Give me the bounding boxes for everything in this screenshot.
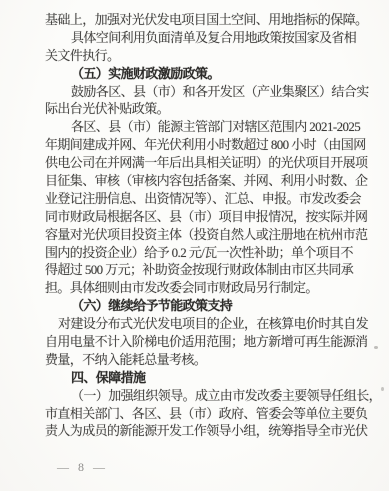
text-line: 四、保障措施: [45, 369, 357, 387]
text-line: 年期间建成并网、年光伏利用小时数超过 800 小时（由国网: [45, 136, 357, 154]
text-line: （五）实施财政激励政策。: [45, 65, 357, 83]
scan-artifact: [381, 387, 384, 391]
text-line: 同市财政局根据各区、县（市）项目申报情况，按实际并网: [45, 208, 357, 226]
text-line: 各区、县（市）能源主管部门对辖区范围内 2021-2025: [45, 118, 357, 136]
text-line: 得超过 500 万元；补助资金按现行财政体制由市区共同承: [45, 261, 357, 279]
text-line: 目征集、审核（审核内容包括备案、并网、利用小时数、企: [45, 172, 357, 190]
text-line: 具体空间利用负面清单及复合用地政策按国家及省相: [45, 29, 357, 47]
text-line: 对建设分布式光伏发电项目的企业，在核算电价时其自发: [45, 315, 357, 333]
text-line: 鼓励各区、县（市）和各开发区（产业集聚区）结合实: [45, 83, 357, 101]
text-line: 围内的投资企业）给予 0.2 元/瓦一次性补助；单个项目不: [45, 244, 357, 262]
text-line: 基础上，加强对光伏发电项目国土空间、用地指标的保障。: [45, 11, 357, 29]
page-number: — 8 —: [57, 460, 108, 474]
text-line: 市直相关部门、各区、县（市）政府、管委会等单位主要负: [45, 405, 357, 423]
scan-artifact: [374, 346, 378, 349]
text-line: 关文件执行。: [45, 47, 357, 65]
text-line: 容量对光伏项目投资主体（投资自然人或注册地在杭州市范: [45, 226, 357, 244]
document-page: 基础上，加强对光伏发电项目国土空间、用地指标的保障。具体空间利用负面清单及复合用…: [0, 0, 389, 491]
text-line: 供电公司在并网满一年后出具相关证明）的光伏项目开展项: [45, 154, 357, 172]
text-line: （六）继续给予节能政策支持: [45, 297, 357, 315]
text-line: 业登记注册信息、出资情况等）、汇总、申报。市发改委会: [45, 190, 357, 208]
document-body: 基础上，加强对光伏发电项目国土空间、用地指标的保障。具体空间利用负面清单及复合用…: [45, 11, 357, 440]
text-line: 费量，不纳入能耗总量考核。: [45, 351, 357, 369]
text-line: 际出台光伏补贴政策。: [45, 100, 357, 118]
text-line: 担。具体细则由市发改委会同市财政局另行制定。: [45, 279, 357, 297]
text-line: （一）加强组织领导。成立由市发改委主要领导任组长，: [45, 387, 357, 405]
text-line: 自用电量不计入阶梯电价适用范围；地方新增可再生能源消: [45, 333, 357, 351]
text-line: 责人为成员的新能源开发工作领导小组，统筹指导全市光伏: [45, 422, 357, 440]
